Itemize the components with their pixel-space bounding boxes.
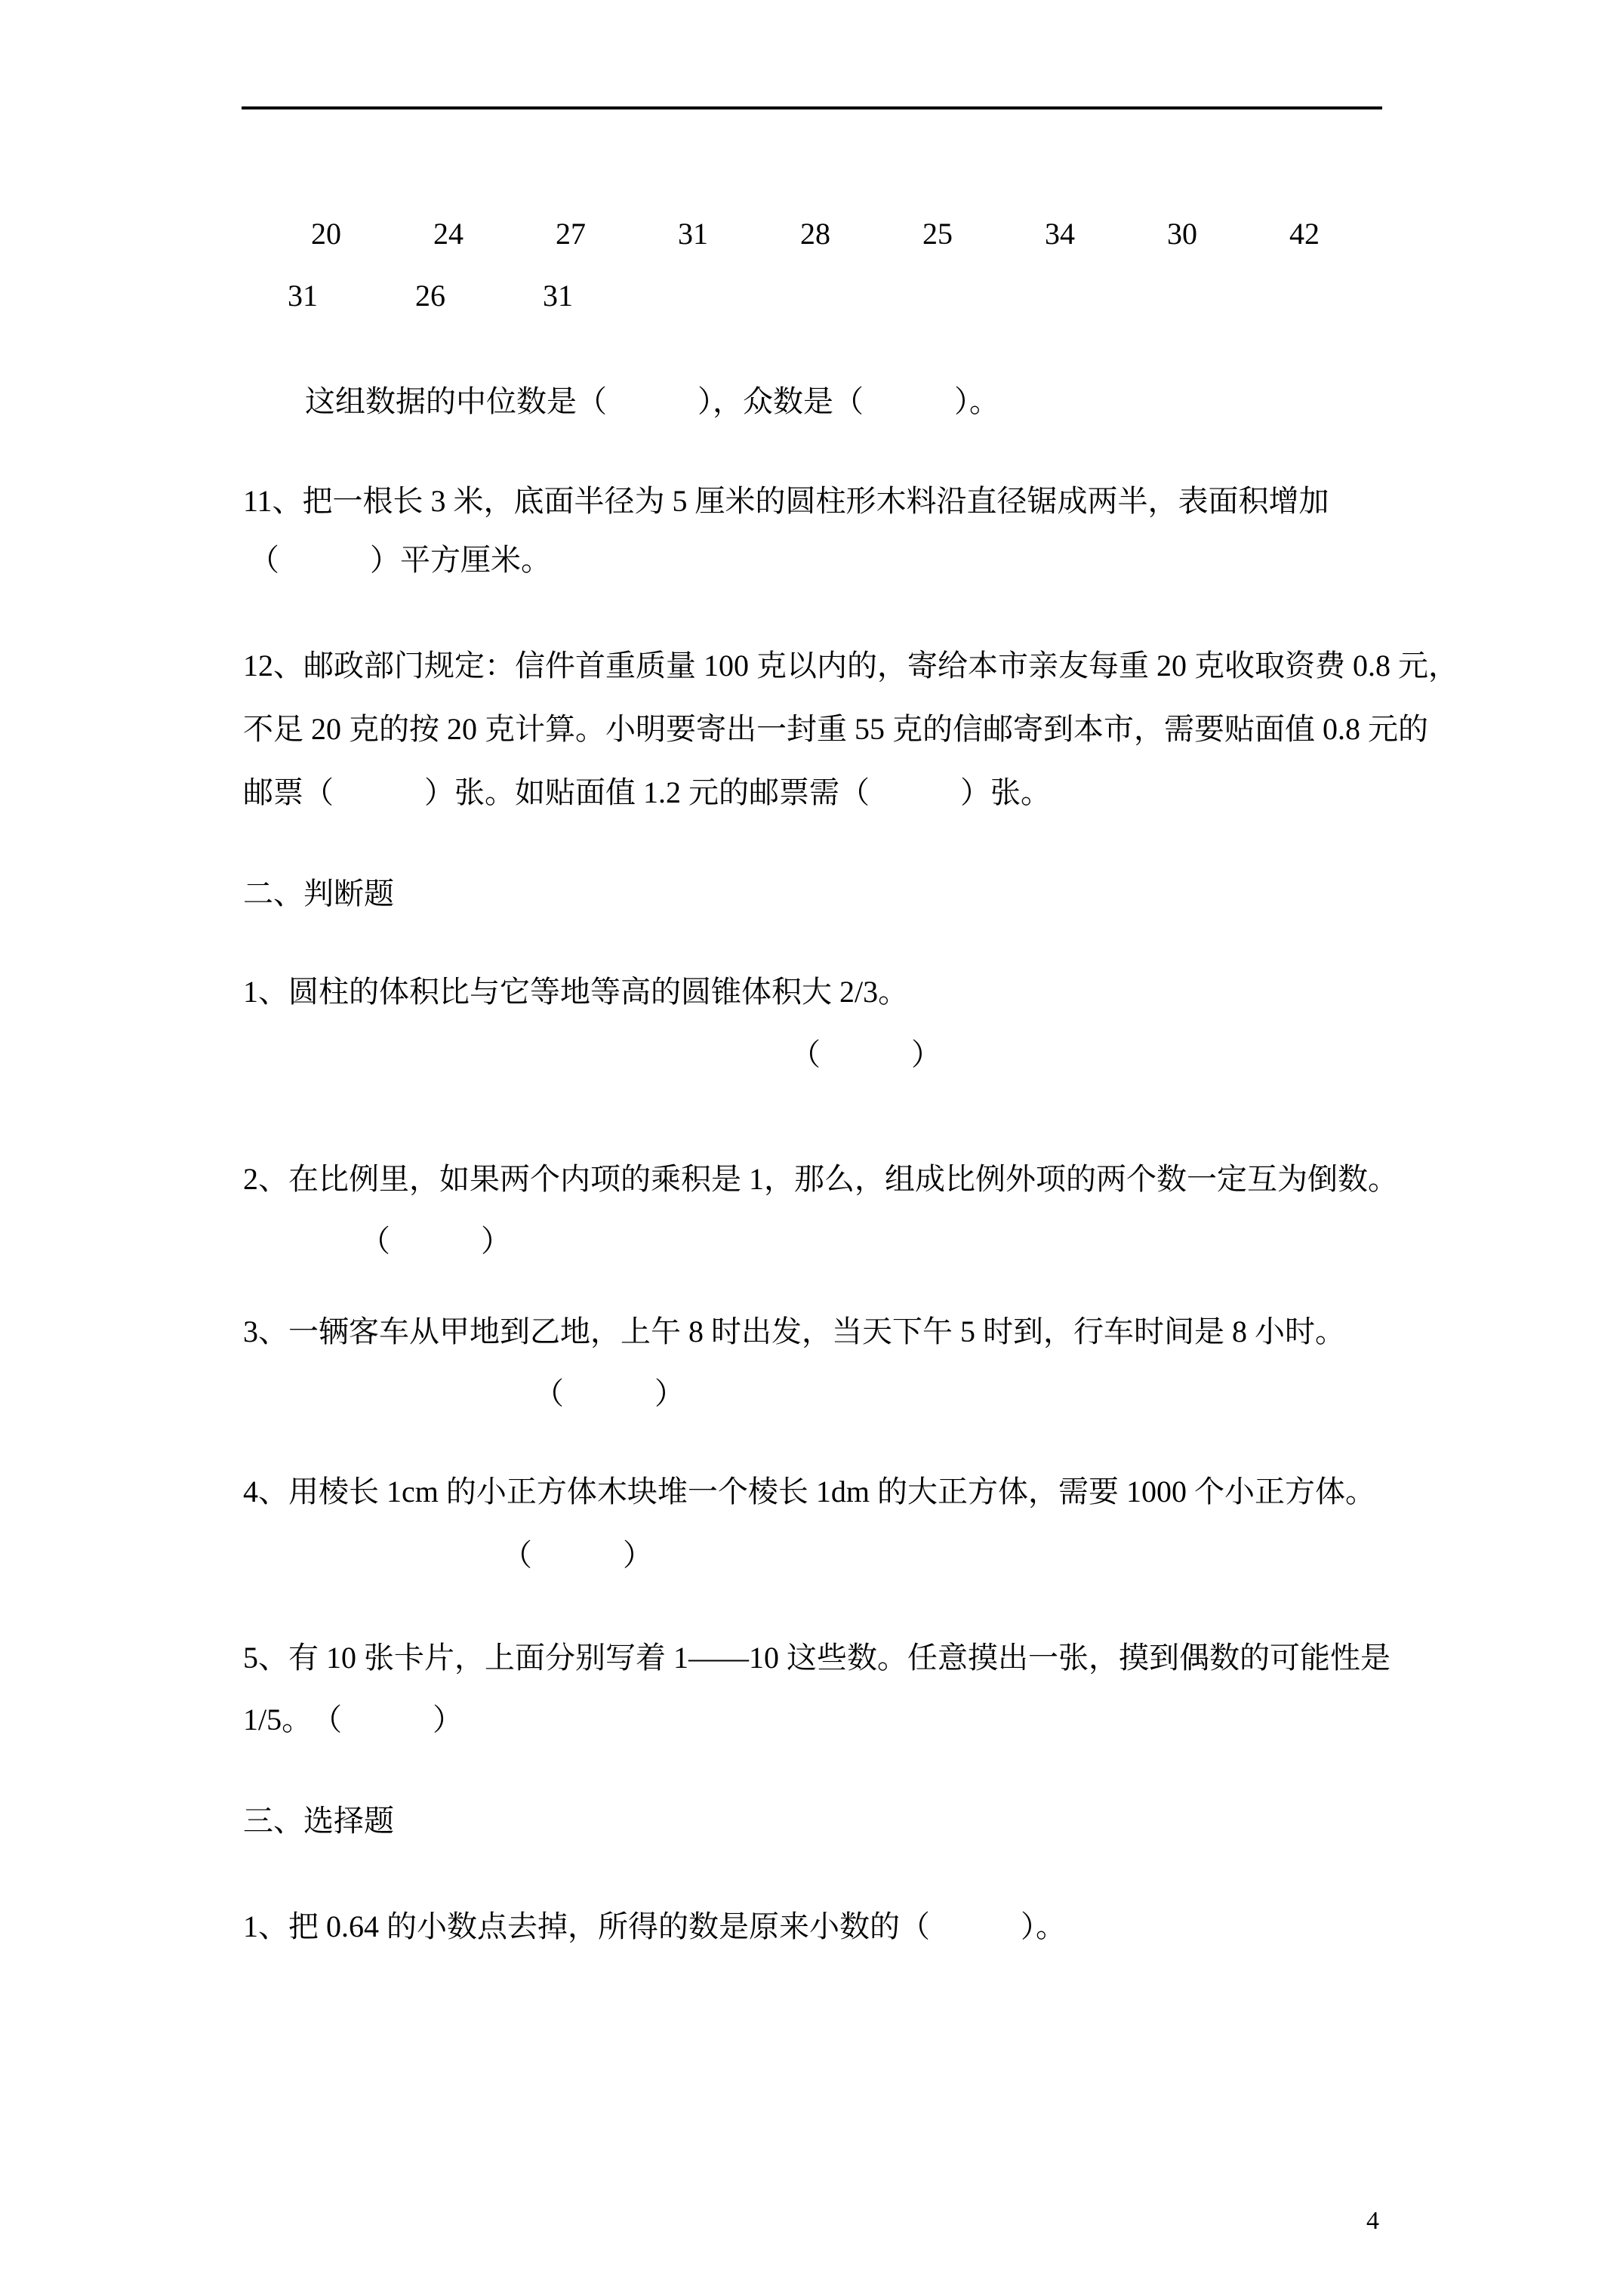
data-value: 42 (1289, 216, 1320, 252)
data-value: 28 (800, 216, 830, 252)
data-value: 24 (433, 216, 463, 252)
data-value: 30 (1167, 216, 1197, 252)
judge-answer-blank-2: （ ） (360, 1223, 511, 1259)
question-12-line-1: 12、邮政部门规定：信件首重质量 100 克以内的，寄给本市亲友每重 20 克收… (243, 648, 1458, 684)
data-value: 31 (543, 278, 573, 314)
top-divider-rule (242, 106, 1382, 109)
data-value: 34 (1045, 216, 1075, 252)
judge-answer-blank-3: （ ） (534, 1376, 685, 1412)
question-12-line-3: 邮票（ ）张。如贴面值 1.2 元的邮票需（ ）张。 (243, 775, 1051, 811)
judge-question-3: 3、一辆客车从甲地到乙地，上午 8 时出发，当天下午 5 时到，行车时间是 8 … (243, 1314, 1345, 1350)
judge-answer-blank-4: （ ） (502, 1537, 653, 1573)
question-11-line-2: （ ）平方厘米。 (249, 542, 551, 578)
data-value: 20 (311, 216, 341, 252)
judge-question-5-line-1: 5、有 10 张卡片，上面分别写着 1——10 这些数。任意摸出一张，摸到偶数的… (243, 1640, 1390, 1676)
question-11-line-1: 11、把一根长 3 米，底面半径为 5 厘米的圆柱形木料沿直径锯成两半，表面积增… (243, 483, 1329, 519)
judge-question-2: 2、在比例里，如果两个内项的乘积是 1，那么，组成比例外项的两个数一定互为倒数。 (243, 1161, 1398, 1197)
data-value: 25 (922, 216, 953, 252)
section-judge-heading: 二、判断题 (243, 876, 394, 912)
section-choice-heading: 三、选择题 (243, 1803, 394, 1839)
judge-answer-blank-1: （ ） (790, 1037, 941, 1073)
data-value: 31 (288, 278, 318, 314)
data-value: 31 (678, 216, 708, 252)
choice-question-1: 1、把 0.64 的小数点去掉，所得的数是原来小数的（ ）。 (243, 1909, 1066, 1945)
page-number: 4 (1366, 2206, 1379, 2236)
judge-question-5-line-2: 1/5。 （ ） (243, 1702, 463, 1738)
data-value: 27 (556, 216, 586, 252)
question-12-line-2: 不足 20 克的按 20 克计算。小明要寄出一封重 55 克的信邮寄到本市，需要… (243, 711, 1428, 747)
median-mode-line: 这组数据的中位数是（ ），众数是（ ）。 (305, 384, 999, 420)
judge-question-4: 4、用棱长 1cm 的小正方体木块堆一个棱长 1dm 的大正方体，需要 1000… (243, 1474, 1375, 1510)
data-value: 26 (415, 278, 445, 314)
judge-question-1: 1、圆柱的体积比与它等地等高的圆锥体积大 2/3。 (243, 974, 908, 1010)
worksheet-page: 20 24 27 31 28 25 34 30 42 31 26 31 这组数据… (0, 0, 1623, 2296)
